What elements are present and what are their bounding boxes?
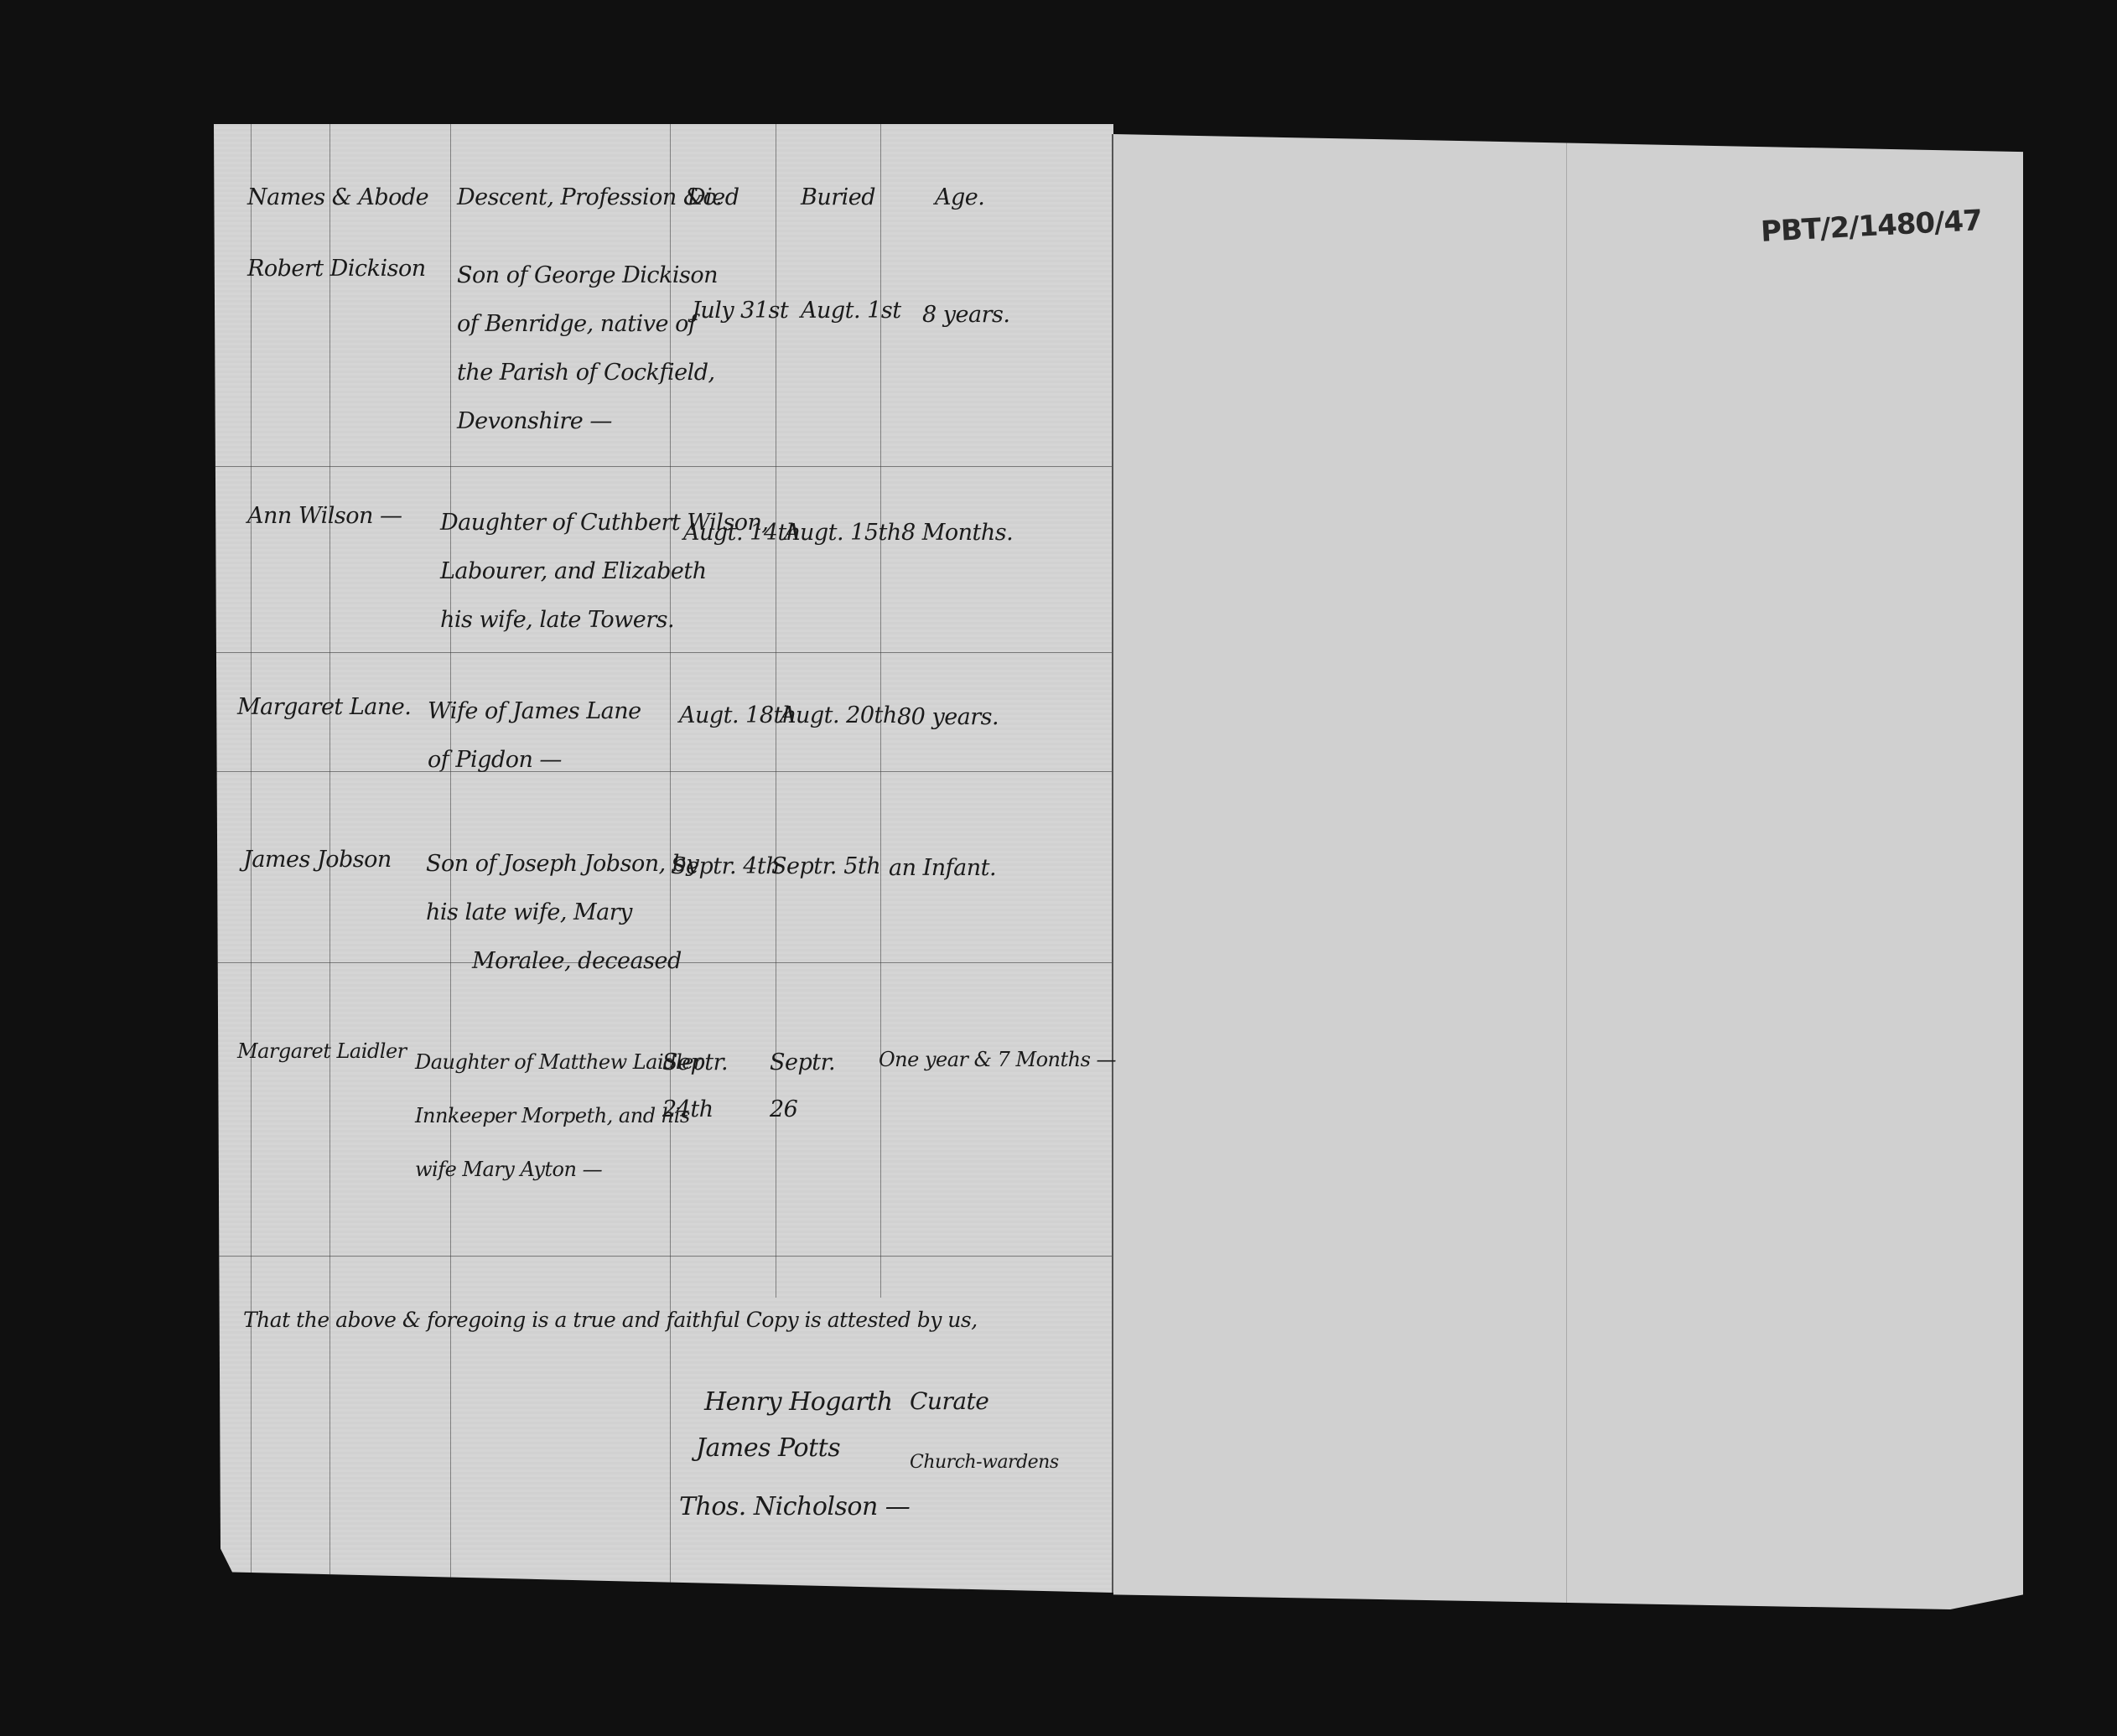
entry-descent-line: Devonshire — xyxy=(457,397,718,446)
entry-buried: Septr. 5th xyxy=(771,853,880,879)
page-gutter xyxy=(1112,134,1113,1593)
entry-name: Margaret Laidler xyxy=(237,1039,407,1063)
entry-descent-line: Labourer, and Elizabeth xyxy=(440,547,768,596)
entry-age: One year & 7 Months — xyxy=(879,1048,1116,1071)
entry-name: Ann Wilson — xyxy=(247,503,402,529)
entry-buried: Augt. 20th xyxy=(780,702,897,728)
entry-name: James Jobson xyxy=(243,847,392,873)
signature-name: Thos. Nicholson — xyxy=(679,1492,910,1521)
entry-descent-line: Innkeeper Morpeth, and his xyxy=(415,1089,703,1143)
entry-died: July 31st xyxy=(692,298,788,324)
entry-descent-line: the Parish of Cockfield, xyxy=(457,349,718,397)
entry-descent-line: of Pigdon — xyxy=(428,736,641,785)
entry-age: 8 years. xyxy=(922,302,1009,328)
row-rule xyxy=(214,652,1113,653)
signature-name: Henry Hogarth xyxy=(704,1387,893,1417)
header-buried: Buried xyxy=(801,184,875,210)
right-page xyxy=(1113,134,2023,1609)
entry-died: Augt. 14th xyxy=(683,520,801,546)
attestation-statement: That the above & foregoing is a true and… xyxy=(243,1308,978,1332)
header-died: Died xyxy=(688,184,739,210)
entry-buried: Augt. 1st xyxy=(801,298,901,324)
page-fold-crease xyxy=(1566,134,1567,1609)
row-rule xyxy=(214,771,1113,772)
signature-name: James Potts xyxy=(696,1433,840,1463)
entry-descent-line: Son of Joseph Jobson, by xyxy=(426,840,698,889)
entry-died: Septr. 24th xyxy=(662,1039,738,1133)
entry-descent-line: his late wife, Mary xyxy=(426,889,698,937)
entry-descent-line: Son of George Dickison xyxy=(457,251,718,300)
entry-age: an Infant. xyxy=(889,855,996,881)
signature-role: Curate xyxy=(910,1387,988,1415)
row-rule xyxy=(214,1256,1113,1257)
header-descent: Descent, Profession &c. xyxy=(457,184,722,210)
entry-name: Robert Dickison xyxy=(247,256,426,282)
entry-buried: Augt. 15th xyxy=(784,520,901,546)
entry-descent-line: wife Mary Ayton — xyxy=(415,1143,703,1196)
row-rule xyxy=(214,466,1113,467)
header-age: Age. xyxy=(935,184,984,210)
entry-descent-line: of Benridge, native of xyxy=(457,300,718,349)
entry-descent-line: Daughter of Matthew Laidler xyxy=(415,1035,703,1089)
entry-name: Margaret Lane. xyxy=(237,694,411,720)
entry-descent-line: Moralee, deceased xyxy=(426,937,698,986)
signature-role: Church-wardens xyxy=(910,1452,1059,1473)
entry-descent-line: Wife of James Lane xyxy=(428,687,641,736)
entry-died: Septr. 4th xyxy=(671,853,780,879)
entry-age: 8 Months. xyxy=(901,520,1013,546)
header-names-abode: Names & Abode xyxy=(247,184,428,210)
entry-died: Augt. 18th xyxy=(679,702,796,728)
entry-age: 80 years. xyxy=(897,704,999,730)
entry-buried: Septr. 26 xyxy=(770,1039,828,1133)
entry-descent-line: his wife, late Towers. xyxy=(440,596,768,645)
